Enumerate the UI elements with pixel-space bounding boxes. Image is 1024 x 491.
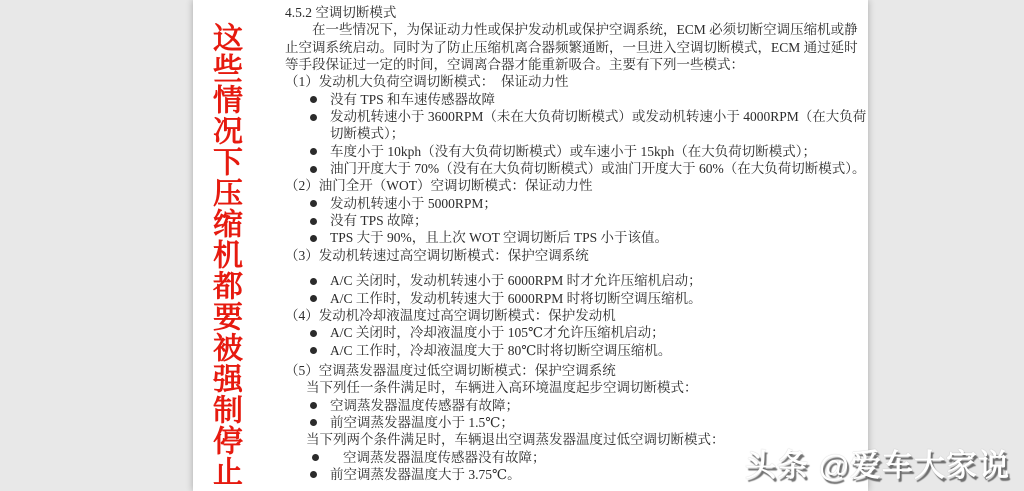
bullet-icon <box>310 330 317 337</box>
bullet-text: 发动机转速小于 3600RPM（未在大负荷切断模式）或发动机转速小于 4000R… <box>330 109 866 124</box>
doc-heading: 4.5.2 空调切断模式 <box>285 4 815 21</box>
bullet-icon <box>310 419 317 426</box>
doc-line: A/C 关闭时，发动机转速小于 6000RPM 时才允许压缩机启动； <box>285 272 815 289</box>
screenshot-root: 这些情况下压缩机都要被强制停止 4.5.2 空调切断模式在一些情况下，为保证动力… <box>0 0 1024 491</box>
doc-line: A/C 关闭时，冷却液温度小于 105℃才允许压缩机启动； <box>285 324 815 341</box>
doc-line: TPS 大于 90%，且上次 WOT 空调切断后 TPS 小于该值。 <box>285 229 815 246</box>
bullet-icon <box>310 347 317 354</box>
bullet-icon <box>310 166 317 173</box>
bullet-text: A/C 关闭时，发动机转速小于 6000RPM 时才允许压缩机启动； <box>330 273 702 288</box>
section-title: （5）空调蒸发器温度过低空调切断模式：保护空调系统 <box>285 362 815 379</box>
bullet-icon <box>310 148 317 155</box>
doc-line: 车度小于 10kph（没有大负荷切断模式）或车速小于 15kph（在大负荷切断模… <box>285 143 815 160</box>
bullet-icon <box>312 454 319 461</box>
doc-line: 发动机转速小于 3600RPM（未在大负荷切断模式）或发动机转速小于 4000R… <box>285 108 815 125</box>
doc-line: 切断模式）； <box>285 125 815 142</box>
doc-line: 前空调蒸发器温度小于 1.5℃； <box>285 414 815 431</box>
line-spacer <box>285 264 815 272</box>
bullet-text: A/C 工作时，发动机转速大于 6000RPM 时将切断空调压缩机。 <box>330 291 702 306</box>
doc-line: 当下列两个条件满足时，车辆退出空调蒸发器温度过低空调切断模式： <box>285 431 815 448</box>
bullet-icon <box>310 114 317 121</box>
bullet-text: 空调蒸发器温度传感器没有故障； <box>343 450 546 465</box>
bullet-text: 前空调蒸发器温度小于 1.5℃； <box>330 415 514 430</box>
bullet-text: 前空调蒸发器温度大于 3.75℃。 <box>330 467 521 482</box>
section-title: （3）发动机转速过高空调切断模式：保护空调系统 <box>285 247 815 264</box>
doc-line: 空调蒸发器温度传感器有故障； <box>285 397 815 414</box>
document-page: 这些情况下压缩机都要被强制停止 4.5.2 空调切断模式在一些情况下，为保证动力… <box>193 0 868 491</box>
doc-line: 没有 TPS 和车速传感器故障 <box>285 91 815 108</box>
bullet-text: 油门开度大于 70%（没有在大负荷切断模式）或油门开度大于 60%（在大负荷切断… <box>330 161 866 176</box>
bullet-text: 空调蒸发器温度传感器有故障； <box>330 398 519 413</box>
section-title: （2）油门全开（WOT）空调切断模式：保证动力性 <box>285 177 815 194</box>
bullet-text: 车度小于 10kph（没有大负荷切断模式）或车速小于 15kph（在大负荷切断模… <box>330 144 816 159</box>
bullet-icon <box>310 471 317 478</box>
section-title: （1）发动机大负荷空调切断模式： 保证动力性 <box>285 73 815 90</box>
bullet-text: 没有 TPS 和车速传感器故障 <box>330 92 495 107</box>
bullet-text: 发动机转速小于 5000RPM； <box>330 196 497 211</box>
doc-line: 等手段保证过一定的时间，空调离合器才能重新吸合。主要有下列一些模式： <box>285 56 815 73</box>
doc-line: 前空调蒸发器温度大于 3.75℃。 <box>285 466 815 483</box>
doc-line: A/C 工作时，冷却液温度大于 80℃时将切断空调压缩机。 <box>285 342 815 359</box>
bullet-icon <box>310 402 317 409</box>
bullet-text: A/C 关闭时，冷却液温度小于 105℃才允许压缩机启动； <box>330 325 665 340</box>
bullet-icon <box>310 278 317 285</box>
bullet-icon <box>310 200 317 207</box>
doc-line: 空调蒸发器温度传感器没有故障； <box>285 449 815 466</box>
doc-line: 没有 TPS 故障； <box>285 212 815 229</box>
doc-line: 发动机转速小于 5000RPM； <box>285 195 815 212</box>
doc-line: 油门开度大于 70%（没有在大负荷切断模式）或油门开度大于 60%（在大负荷切断… <box>285 160 815 177</box>
document-lines: 4.5.2 空调切断模式在一些情况下，为保证动力性或保护发动机或保护空调系统，E… <box>285 4 815 483</box>
doc-line: 当下列任一条件满足时，车辆进入高环境温度起步空调切断模式： <box>285 379 815 396</box>
bullet-icon <box>310 235 317 242</box>
doc-line: 在一些情况下，为保证动力性或保护发动机或保护空调系统，ECM 必须切断空调压缩机… <box>285 21 815 38</box>
bullet-text: A/C 工作时，冷却液温度大于 80℃时将切断空调压缩机。 <box>330 343 671 358</box>
bullet-text: TPS 大于 90%，且上次 WOT 空调切断后 TPS 小于该值。 <box>330 230 668 245</box>
doc-line: A/C 工作时，发动机转速大于 6000RPM 时将切断空调压缩机。 <box>285 290 815 307</box>
section-title: （4）发动机冷却液温度过高空调切断模式：保护发动机 <box>285 307 815 324</box>
bullet-icon <box>310 96 317 103</box>
bullet-icon <box>310 295 317 302</box>
bullet-icon <box>310 218 317 225</box>
red-vertical-annotation: 这些情况下压缩机都要被强制停止 <box>205 22 243 482</box>
bullet-text: 没有 TPS 故障； <box>330 213 428 228</box>
doc-line: 止空调系统启动。同时为了防止压缩机离合器频繁通断，一旦进入空调切断模式，ECM … <box>285 39 815 56</box>
watermark: 头条 @爱车大家说 <box>745 440 1010 485</box>
